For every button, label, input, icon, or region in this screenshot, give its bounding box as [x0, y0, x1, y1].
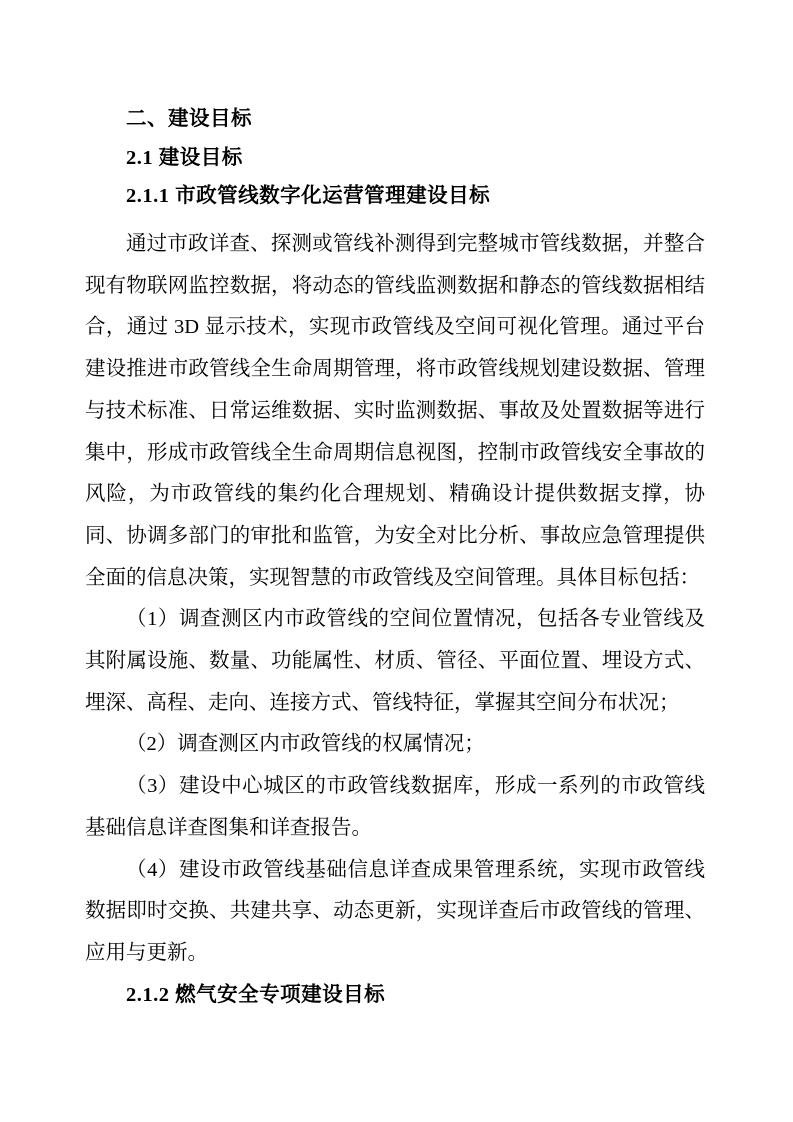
- paragraph-item-2: （2）调查测区内市政管线的权属情况；: [85, 724, 705, 766]
- document-content: 二、建设目标 2.1 建设目标 2.1.1 市政管线数字化运营管理建设目标 通过…: [0, 0, 793, 1010]
- paragraph-item-3: （3）建设中心城区的市政管线数据库，形成一系列的市政管线基础信息详查图集和详查报…: [85, 766, 705, 849]
- paragraph-item-4: （4）建设市政管线基础信息详查成果管理系统，实现市政管线数据即时交换、共建共享、…: [85, 850, 705, 975]
- heading-chapter: 二、建设目标: [85, 104, 705, 134]
- heading-subsection-2-1-2: 2.1.2 燃气安全专项建设目标: [85, 980, 705, 1010]
- paragraph-overview: 通过市政详查、探测或管线补测得到完整城市管线数据，并整合现有物联网监控数据，将动…: [85, 224, 705, 599]
- heading-section-2-1: 2.1 建设目标: [85, 143, 705, 173]
- paragraph-item-1: （1）调查测区内市政管线的空间位置情况，包括各专业管线及其附属设施、数量、功能属…: [85, 599, 705, 724]
- heading-subsection-2-1-1: 2.1.1 市政管线数字化运营管理建设目标: [85, 181, 705, 211]
- document-page: 二、建设目标 2.1 建设目标 2.1.1 市政管线数字化运营管理建设目标 通过…: [0, 0, 793, 1122]
